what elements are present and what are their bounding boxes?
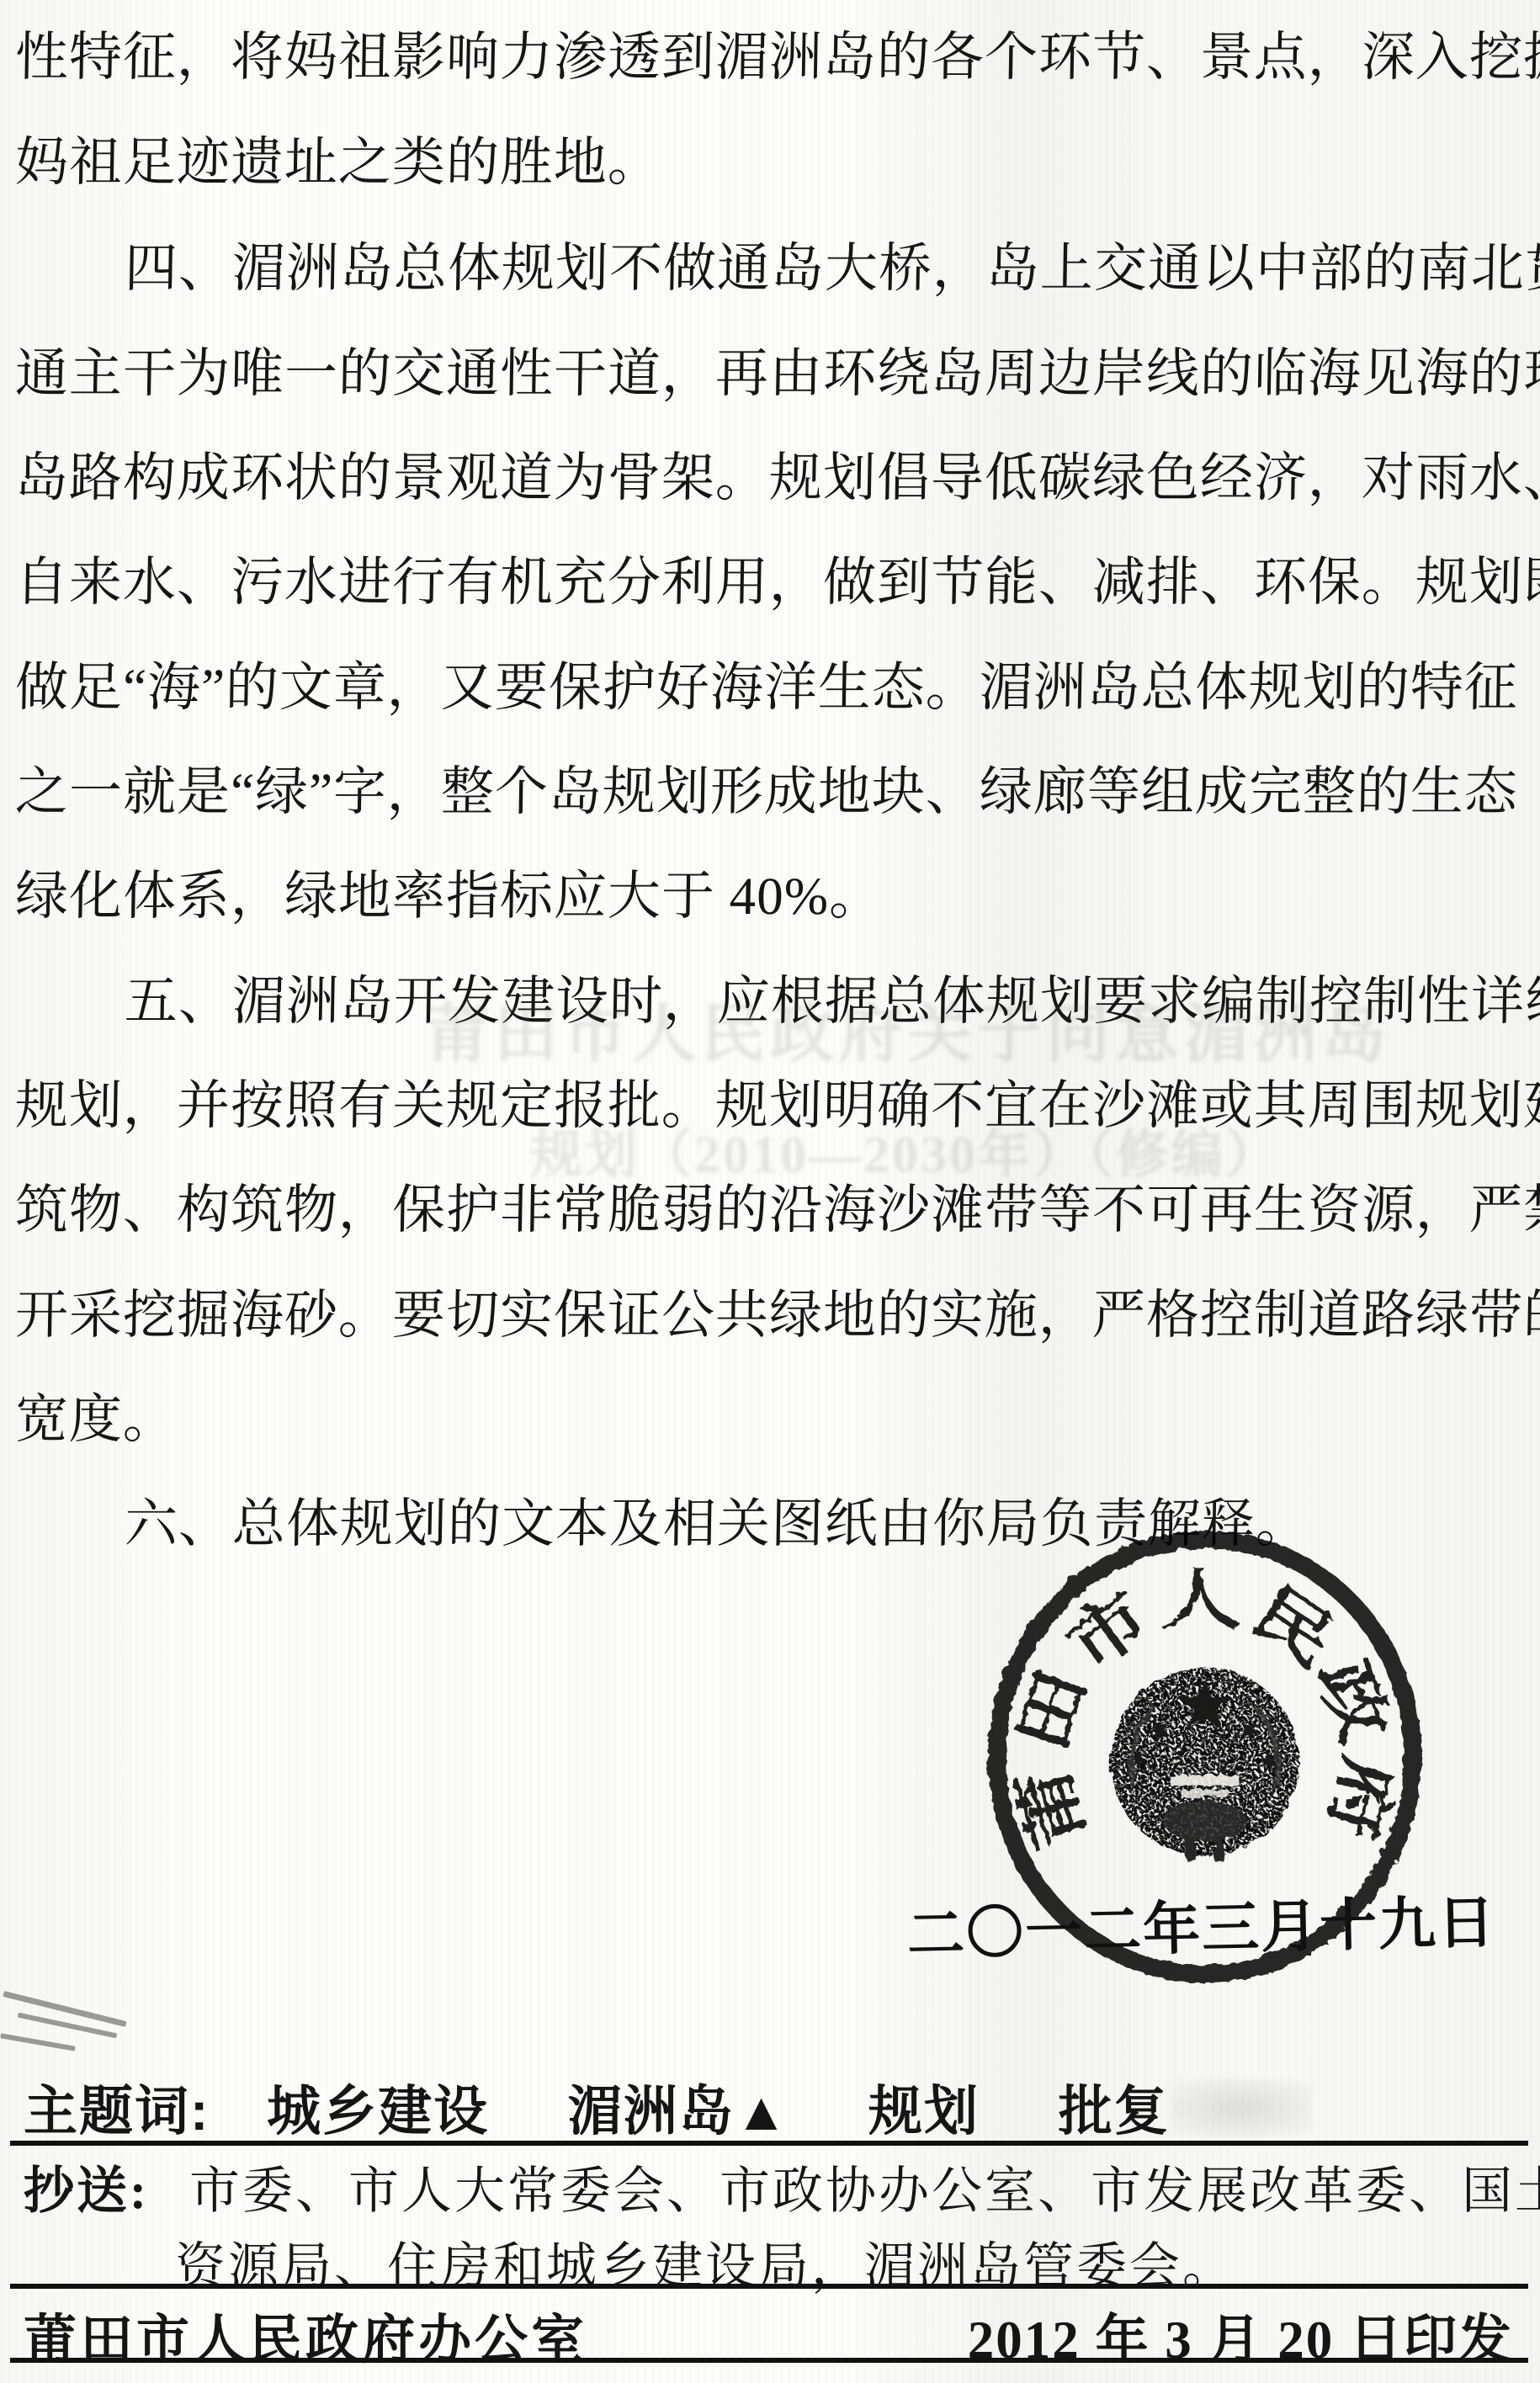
body-line: 开采挖掘海砂。要切实保证公共绿地的实施，严格控制道路绿带的 <box>14 1275 1540 1356</box>
ghost-bleedthrough-text: 规划（2010—2030年）（修编） <box>530 1112 1280 1187</box>
body-line: 宽度。 <box>14 1379 178 1460</box>
emblem-gate-shape <box>1169 1774 1238 1784</box>
subject-words-label: 主题词: <box>24 2081 210 2142</box>
subject-term: 湄洲岛▲ <box>568 2081 789 2142</box>
cc-row: 抄送: 市委、市人大常委会、市政协办公室、市发展改革委、国土 <box>24 2151 1540 2223</box>
body-line: 之一就是“绿”字，整个岛规划形成地块、绿廊等组成完整的生态 <box>14 751 1519 832</box>
scanned-document-page: 性特征，将妈祖影响力渗透到湄洲岛的各个环节、景点，深入挖掘 妈祖足迹遗址之类的胜… <box>0 0 1540 2383</box>
scan-smudge <box>1170 2078 1313 2137</box>
divider-rule <box>10 2284 1528 2289</box>
cc-label: 抄送: <box>24 2163 149 2219</box>
subject-term: 规划 <box>868 2081 980 2142</box>
body-line: 做足“海”的文章，又要保护好海洋生态。湄洲岛总体规划的特征 <box>14 647 1519 728</box>
body-line: 性特征，将妈祖影响力渗透到湄洲岛的各个环节、景点，深入挖掘 <box>14 17 1540 98</box>
national-emblem-icon <box>1109 1666 1298 1860</box>
scan-smudge <box>0 2033 76 2051</box>
divider-rule <box>10 2358 1528 2363</box>
body-line: 四、湄洲岛总体规划不做通岛大桥，岛上交通以中部的南北贯 <box>124 228 1540 309</box>
body-line: 妈祖足迹遗址之类的胜地。 <box>14 122 662 203</box>
subject-term: 批复 <box>1059 2081 1170 2142</box>
divider-rule <box>10 2141 1528 2146</box>
cc-recipients-line1: 市委、市人大常委会、市政协办公室、市发展改革委、国土 <box>189 2163 1540 2219</box>
seal-date-text: 二〇一二年三月十九日 <box>906 1877 1497 1972</box>
subject-words-row: 主题词: 城乡建设 湄洲岛▲ 规划 批复 <box>24 2068 1232 2146</box>
ghost-bleedthrough-text: 莆田市人民政府关于同意湄洲岛 <box>425 983 1391 1075</box>
body-line: 绿化体系，绿地率指标应大于 40%。 <box>14 856 884 937</box>
body-line: 自来水、污水进行有机充分利用，做到节能、减排、环保。规划既 <box>14 542 1540 623</box>
body-line: 通主干为唯一的交通性干道，再由环绕岛周边岸线的临海见海的环 <box>14 333 1540 414</box>
body-line: 岛路构成环状的景观道为骨架。规划倡导低碳绿色经济，对雨水、 <box>14 438 1540 518</box>
subject-term: 城乡建设 <box>267 2081 489 2142</box>
